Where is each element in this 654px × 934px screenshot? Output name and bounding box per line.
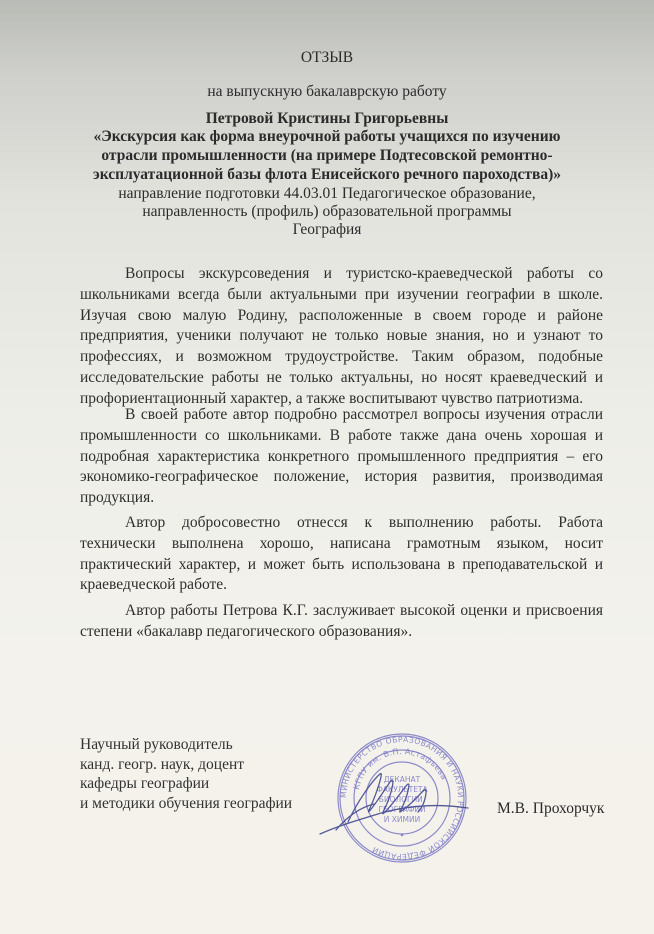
body-paragraph: Автор добросовестно отнесся к выполнению… bbox=[80, 513, 603, 596]
body-paragraph: Автор работы Петрова К.Г. заслуживает вы… bbox=[80, 601, 603, 643]
document-subtitle: на выпускную бакалаврскую работу bbox=[0, 83, 654, 101]
signature-role-line: канд. геогр. наук, доцент bbox=[80, 755, 292, 775]
thesis-title-line: отрасли промышленности (на примере Подте… bbox=[0, 147, 654, 165]
document-page: ОТЗЫВ на выпускную бакалаврскую работу П… bbox=[0, 0, 654, 934]
signature-role-line: и методики обучения географии bbox=[80, 794, 292, 814]
thesis-title-line: эксплуатационной базы флота Енисейского … bbox=[0, 166, 654, 184]
document-title: ОТЗЫВ bbox=[0, 49, 654, 67]
signature-role-line: кафедры географии bbox=[80, 774, 292, 794]
thesis-title-line: «Экскурсия как форма внеурочной работы у… bbox=[0, 128, 654, 146]
signature-role-block: Научный руководитель канд. геогр. наук, … bbox=[80, 735, 292, 813]
direction-line: География bbox=[0, 221, 654, 239]
body-paragraph: Вопросы экскурсоведения и туристско-крае… bbox=[80, 264, 603, 410]
direction-line: направленность (профиль) образовательной… bbox=[0, 203, 654, 221]
supervisor-name: М.В. Прохорчук bbox=[497, 799, 604, 818]
direction-line: направление подготовки 44.03.01 Педагоги… bbox=[0, 185, 654, 203]
body-paragraph: В своей работе автор подробно рассмотрел… bbox=[80, 405, 603, 509]
signature-role-line: Научный руководитель bbox=[80, 735, 292, 755]
handwritten-signature-icon bbox=[318, 760, 478, 840]
student-name: Петровой Кристины Григорьевны bbox=[0, 110, 654, 128]
